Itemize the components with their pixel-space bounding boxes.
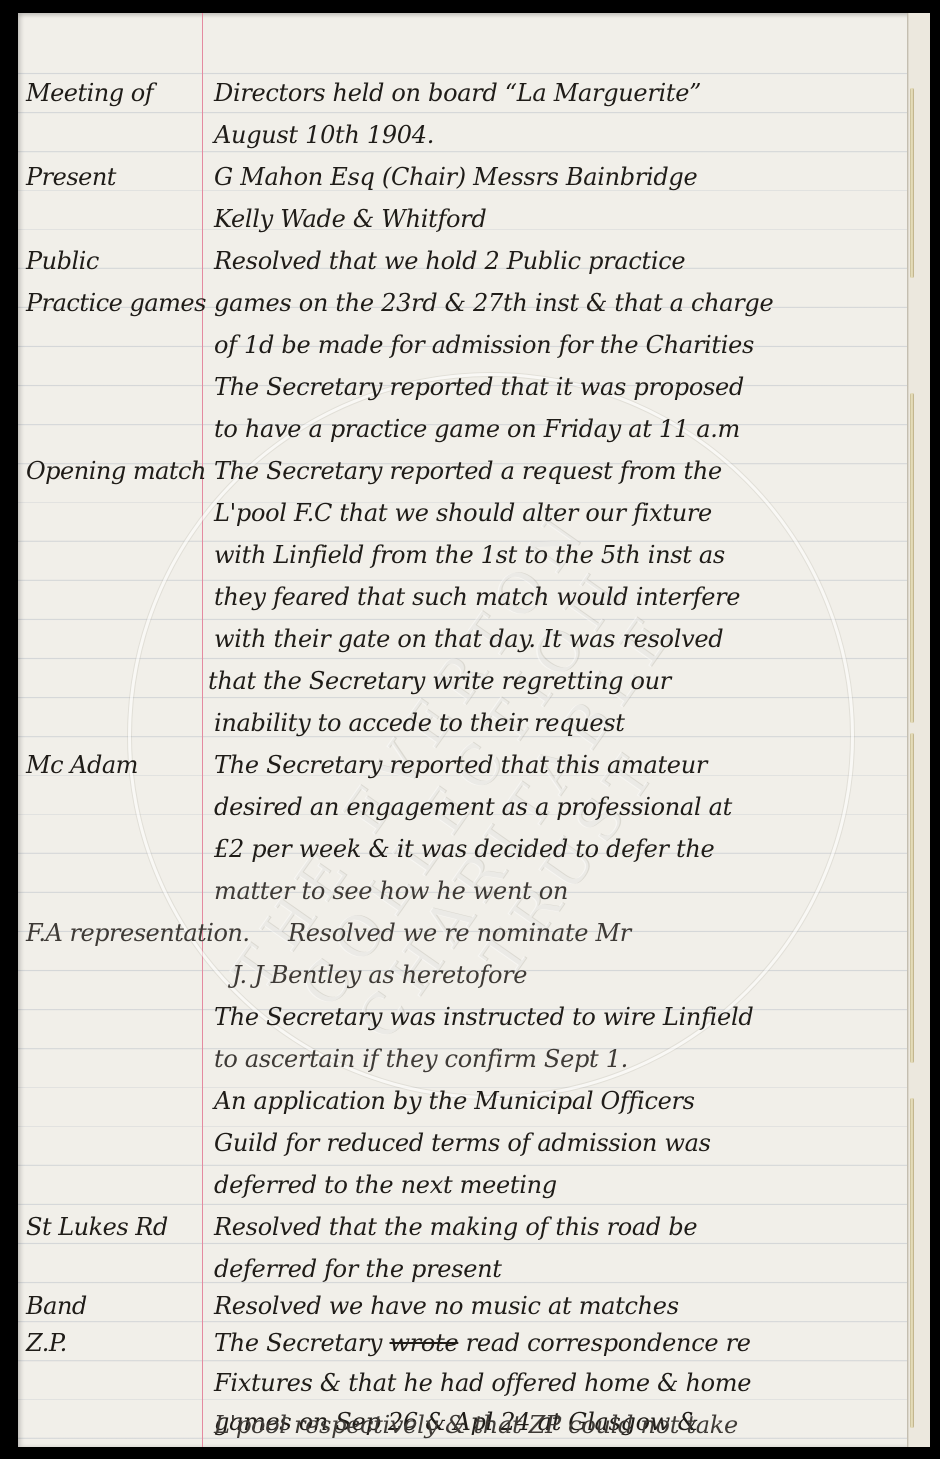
minute-line: An application by the Municipal Officers — [18, 1083, 906, 1122]
entry-label-mcadam: Mc Adam — [26, 751, 208, 779]
binding-stitch — [910, 733, 914, 1063]
entry-text: Directors held on board “La Marguerite” — [214, 79, 701, 107]
entry-text: August 10th 1904. — [214, 121, 434, 149]
minute-line: deferred to the next meeting — [18, 1167, 906, 1206]
minute-line: Fixtures & that he had offered home & ho… — [18, 1365, 906, 1404]
minute-line: August 10th 1904. — [18, 117, 906, 156]
entry-text: Resolved we re nominate Mr — [288, 919, 631, 947]
struck-out-word: wrote — [390, 1329, 459, 1357]
minute-line: Z.P. The Secretary wrote read correspond… — [18, 1325, 906, 1364]
binding-stitch — [910, 393, 914, 723]
binding-stitch — [910, 88, 914, 278]
entry-text: deferred to the next meeting — [214, 1171, 557, 1199]
minute-line: deferred for the present — [18, 1251, 906, 1290]
entry-text: The Secretary reported that this amateur — [214, 751, 707, 779]
entry-label-public: Public — [26, 247, 208, 275]
entry-text: L'pool F.C that we should alter our fixt… — [214, 499, 712, 527]
minute-line: to ascertain if they confirm Sept 1. — [18, 1041, 906, 1080]
entry-text: The Secretary reported that it was propo… — [214, 373, 744, 401]
entry-text: Kelly Wade & Whitford — [214, 205, 486, 233]
entry-text: that the Secretary write regretting our — [208, 667, 671, 695]
minute-line: J. J Bentley as heretofore — [18, 957, 906, 996]
entry-text-group: The Secretary wrote read correspondence … — [214, 1329, 751, 1357]
entry-text: The Secretary reported a request from th… — [214, 457, 722, 485]
entry-text: Resolved we have no music at matches — [214, 1292, 679, 1320]
minute-line: F.A representation. Resolved we re nomin… — [18, 915, 906, 954]
minute-line: Guild for reduced terms of admission was — [18, 1125, 906, 1164]
entry-text: Guild for reduced terms of admission was — [214, 1129, 711, 1157]
entry-text: of 1d be made for admission for the Char… — [214, 331, 754, 359]
minute-line: that the Secretary write regretting our — [18, 663, 906, 702]
ledger-page: THE EVERTON COLLECTION CHARITABLE TRUST … — [18, 13, 930, 1447]
entry-label-st-lukes-rd: St Lukes Rd — [26, 1213, 208, 1241]
minute-line: of 1d be made for admission for the Char… — [18, 327, 906, 366]
minute-line: matter to see how he went on — [18, 873, 906, 912]
minute-line: The Secretary was instructed to wire Lin… — [18, 999, 906, 1038]
entry-text: to have a practice game on Friday at 11 … — [214, 415, 740, 443]
page-bottom-region: L'pool respectively & that ZP could not … — [18, 1413, 930, 1447]
minute-line: desired an engagement as a professional … — [18, 789, 906, 828]
entry-text: The Secretary — [214, 1329, 382, 1357]
entry-text: they feared that such match would interf… — [214, 583, 740, 611]
entry-label-practice-games: Practice games — [26, 289, 208, 317]
entry-text: J. J Bentley as heretofore — [232, 961, 527, 989]
minute-line: Band Resolved we have no music at matche… — [18, 1288, 906, 1327]
entry-text: G Mahon Esq (Chair) Messrs Bainbridge — [214, 163, 697, 191]
entry-text: with Linfield from the 1st to the 5th in… — [214, 541, 725, 569]
entry-text: £2 per week & it was decided to defer th… — [214, 835, 714, 863]
entry-text: Resolved that we hold 2 Public practice — [214, 247, 685, 275]
entry-text: inability to accede to their request — [214, 709, 625, 737]
entry-text: desired an engagement as a professional … — [214, 793, 732, 821]
entry-text: games on the 23rd & 27th inst & that a c… — [214, 289, 773, 317]
minute-line: Mc Adam The Secretary reported that this… — [18, 747, 906, 786]
minute-line: Opening match The Secretary reported a r… — [18, 453, 906, 492]
entry-text: to ascertain if they confirm Sept 1. — [214, 1045, 628, 1073]
minute-line: The Secretary reported that it was propo… — [18, 369, 906, 408]
entry-text: with their gate on that day. It was reso… — [214, 625, 723, 653]
entry-text: Resolved that the making of this road be — [214, 1213, 697, 1241]
minute-line: Meeting of Directors held on board “La M… — [18, 75, 906, 114]
minute-line: Public Resolved that we hold 2 Public pr… — [18, 243, 906, 282]
entry-label-zp: Z.P. — [26, 1329, 208, 1357]
minute-line: to have a practice game on Friday at 11 … — [18, 411, 906, 450]
minute-line: St Lukes Rd Resolved that the making of … — [18, 1209, 906, 1248]
minute-line: Present G Mahon Esq (Chair) Messrs Bainb… — [18, 159, 906, 198]
entry-label-opening-match: Opening match — [26, 457, 208, 485]
entry-text: The Secretary was instructed to wire Lin… — [214, 1003, 753, 1031]
entry-text: An application by the Municipal Officers — [214, 1087, 695, 1115]
minute-line: Kelly Wade & Whitford — [18, 201, 906, 240]
minute-line: £2 per week & it was decided to defer th… — [18, 831, 906, 870]
minute-line: inability to accede to their request — [18, 705, 906, 744]
minute-line: L'pool F.C that we should alter our fixt… — [18, 495, 906, 534]
entry-label-fa-representation: F.A representation. — [26, 919, 208, 947]
minute-line: with their gate on that day. It was reso… — [18, 621, 906, 660]
entry-text: matter to see how he went on — [214, 877, 568, 905]
minute-line: Practice games games on the 23rd & 27th … — [18, 285, 906, 324]
binding-stitch — [910, 1098, 914, 1428]
minute-line: with Linfield from the 1st to the 5th in… — [18, 537, 906, 576]
entry-text: deferred for the present — [214, 1255, 502, 1283]
entry-text: L'pool respectively & that ZP could not … — [214, 1411, 738, 1439]
entry-label-meeting: Meeting of — [26, 79, 208, 107]
entry-text: read correspondence re — [466, 1329, 751, 1357]
minute-line: they feared that such match would interf… — [18, 579, 906, 618]
entry-label-band: Band — [26, 1292, 208, 1320]
entry-label-present: Present — [26, 163, 208, 191]
entry-text: Fixtures & that he had offered home & ho… — [214, 1369, 751, 1397]
